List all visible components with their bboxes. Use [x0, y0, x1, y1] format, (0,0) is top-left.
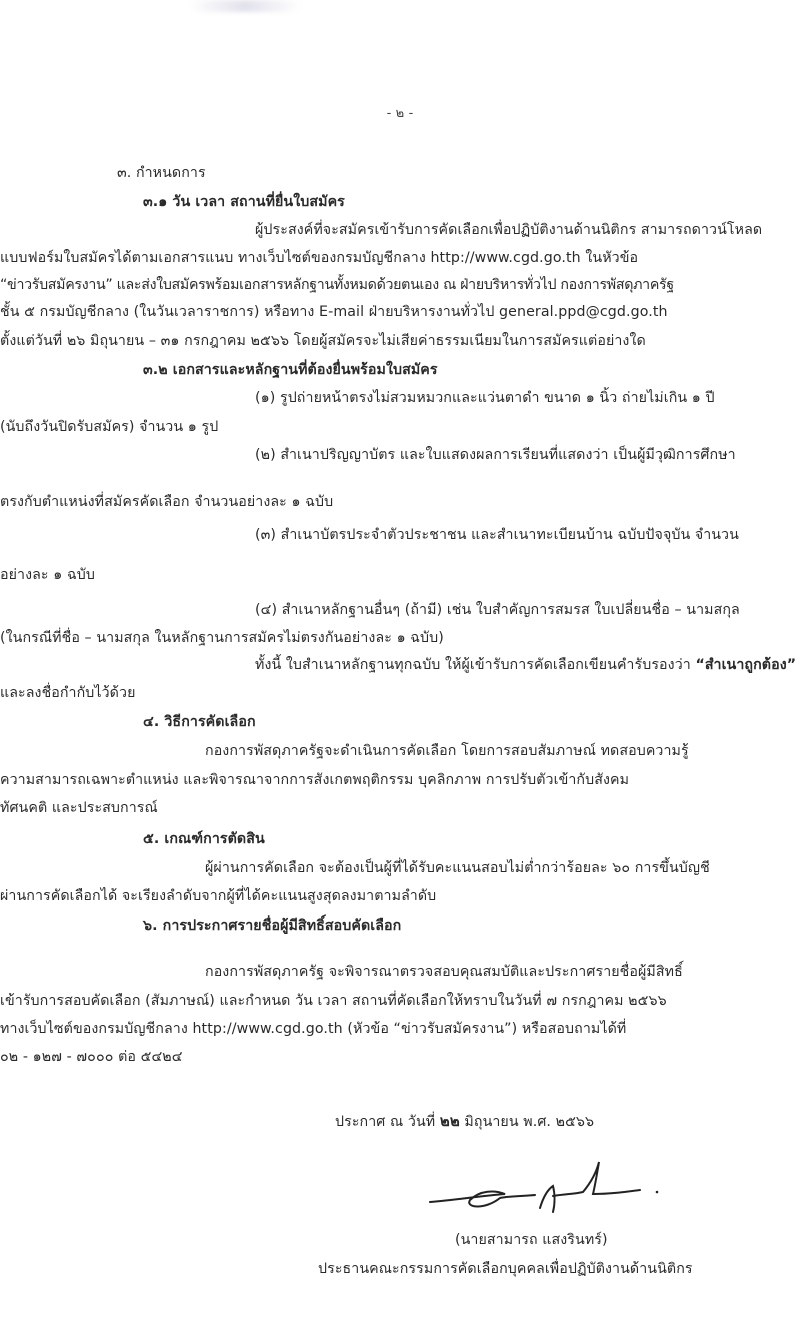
paragraph-line: ผู้ประสงค์ที่จะสมัครเข้ารับการคัดเลือกเพ… — [255, 220, 762, 240]
paragraph-line: ๐๒ - ๑๒๗ - ๗๐๐๐ ต่อ ๕๔๒๔ — [0, 1047, 183, 1067]
paragraph-line: ตั้งแต่วันที่ ๒๖ มิถุนายน – ๓๑ กรกฎาคม ๒… — [0, 331, 646, 351]
document-page: - ๒ - ๓. กำหนดการ ๓.๑ วัน เวลา สถานที่ยื… — [0, 0, 800, 1338]
paragraph-line: ผ่านการคัดเลือกได้ จะเรียงลำดับจากผู้ที่… — [0, 886, 436, 906]
paragraph-line: ชั้น ๕ กรมบัญชีกลาง (ในวันเวลาราชการ) หร… — [0, 302, 668, 322]
note-text: ทั้งนี้ ใบสำเนาหลักฐานทุกฉบับ ให้ผู้เข้า… — [255, 657, 695, 673]
paragraph-line: และลงชื่อกำกับไว้ด้วย — [0, 683, 135, 703]
paragraph-line: แบบฟอร์มใบสมัครได้ตามเอกสารแนบ ทางเว็บไซ… — [0, 248, 638, 268]
section-3-2-heading: ๓.๒ เอกสารและหลักฐานที่ต้องยื่นพร้อมใบสม… — [143, 360, 438, 380]
section-3-heading: ๓. กำหนดการ — [117, 163, 206, 183]
paragraph-line: ทัศนคติ และประสบการณ์ — [0, 798, 158, 818]
section-3-1-heading: ๓.๑ วัน เวลา สถานที่ยื่นใบสมัคร — [143, 192, 345, 212]
scan-bleed-artifact — [190, 0, 300, 12]
list-item-first: (๔) สำเนาหลักฐานอื่นๆ (ถ้ามี) เช่น ใบสำค… — [255, 600, 740, 620]
list-item-first: (๒) สำเนาปริญญาบัตร และใบแสดงผลการเรียนท… — [255, 445, 736, 465]
signer-name: (นายสามารถ แสงรินทร์) — [455, 1230, 608, 1250]
note-emphasis: “สำเนาถูกต้อง” — [695, 657, 796, 673]
paragraph-line: กองการพัสดุภาครัฐจะดำเนินการคัดเลือก โดย… — [205, 741, 689, 761]
certification-note: ทั้งนี้ ใบสำเนาหลักฐานทุกฉบับ ให้ผู้เข้า… — [255, 655, 796, 675]
announce-day-handwritten: ๒๒ — [440, 1112, 460, 1130]
list-item-second: อย่างละ ๑ ฉบับ — [0, 565, 95, 585]
paragraph-line: ผู้ผ่านการคัดเลือก จะต้องเป็นผู้ที่ได้รั… — [205, 858, 710, 878]
paragraph-line: ความสามารถเฉพาะตำแหน่ง และพิจารณาจากการส… — [0, 770, 629, 790]
section-4-heading: ๔. วิธีการคัดเลือก — [143, 712, 256, 732]
paragraph-line: กองการพัสดุภาครัฐ จะพิจารณาตรวจสอบคุณสมบ… — [205, 962, 683, 982]
paragraph-line: เข้ารับการสอบคัดเลือก (สัมภาษณ์) และกำหน… — [0, 991, 667, 1011]
paragraph-line: ทางเว็บไซต์ของกรมบัญชีกลาง http://www.cg… — [0, 1019, 626, 1039]
section-6-heading: ๖. การประกาศรายชื่อผู้มีสิทธิ์สอบคัดเลือ… — [143, 916, 401, 936]
section-5-heading: ๕. เกณฑ์การตัดสิน — [143, 829, 265, 849]
signer-title: ประธานคณะกรรมการคัดเลือกบุคคลเพื่อปฏิบัต… — [318, 1259, 693, 1279]
announce-prefix: ประกาศ ณ วันที่ — [335, 1114, 440, 1130]
announcement-date: ประกาศ ณ วันที่ ๒๒ มิถุนายน พ.ศ. ๒๕๖๖ — [335, 1111, 594, 1132]
announce-suffix: มิถุนายน พ.ศ. ๒๕๖๖ — [460, 1114, 594, 1130]
paragraph-line: “ข่าวรับสมัครงาน” และส่งใบสมัครพร้อมเอกส… — [0, 275, 674, 295]
signature-icon — [425, 1160, 685, 1220]
list-item-second: (นับถึงวันปิดรับสมัคร) จำนวน ๑ รูป — [0, 417, 218, 437]
list-item-first: (๑) รูปถ่ายหน้าตรงไม่สวมหมวกและแว่นตาดำ … — [255, 388, 715, 408]
page-number: - ๒ - — [0, 104, 800, 124]
list-item-first: (๓) สำเนาบัตรประจำตัวประชาชน และสำเนาทะเ… — [255, 525, 739, 545]
list-item-second: (ในกรณีที่ชื่อ – นามสกุล ในหลักฐานการสมั… — [0, 628, 444, 648]
list-item-second: ตรงกับตำแหน่งที่สมัครคัดเลือก จำนวนอย่าง… — [0, 492, 333, 512]
